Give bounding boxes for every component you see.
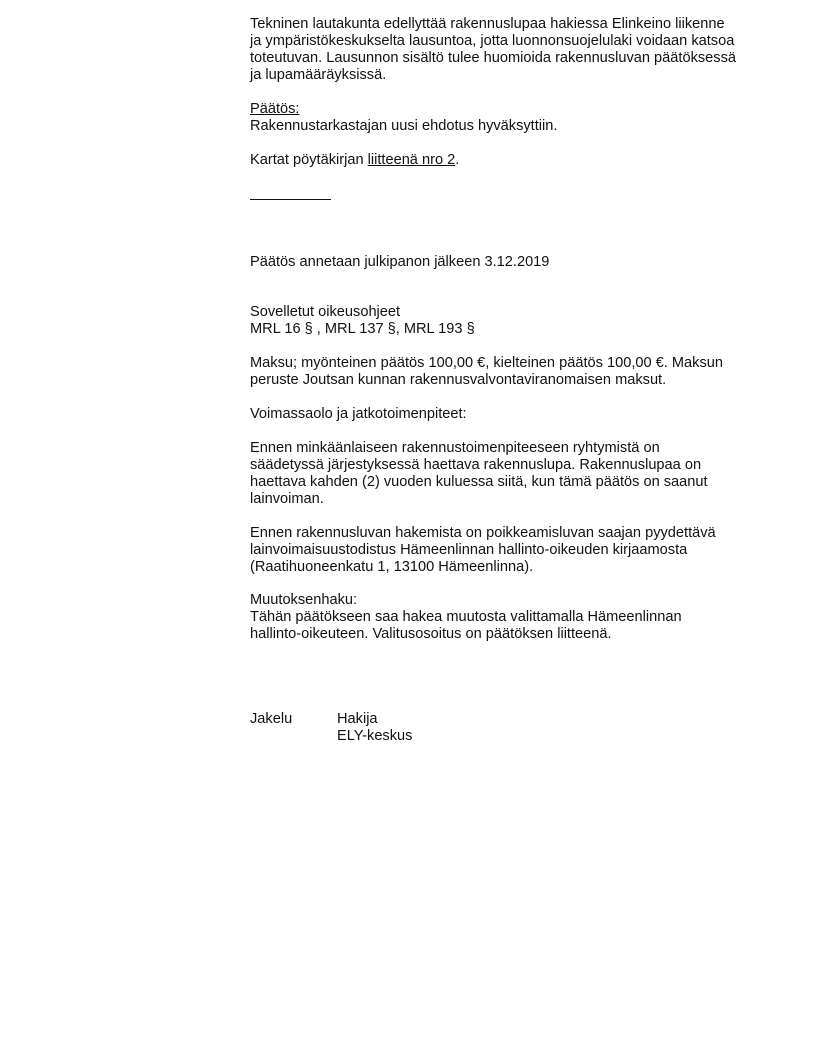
publication-text: Päätös annetaan julkipanon jälkeen 3.12.… (250, 254, 549, 271)
validity-heading-block: Voimassaolo ja jatkotoimenpiteet: (250, 406, 467, 423)
text-line: Ennen minkäänlaiseen rakennustoimenpitee… (250, 440, 708, 457)
appeal-heading: Muutoksenhaku: (250, 592, 682, 609)
text-line: toteutuvan. Lausunnon sisältö tulee huom… (250, 50, 736, 67)
distribution-recipients: Hakija ELY-keskus (337, 711, 412, 745)
text-line: ja lupamääräyksissä. (250, 67, 736, 84)
attachment-link[interactable]: liitteenä nro 2 (368, 152, 456, 168)
maps-suffix: . (455, 152, 459, 168)
text-line: säädetyssä järjestyksessä haettava raken… (250, 457, 708, 474)
decision-section: Päätös: Rakennustarkastajan uusi ehdotus… (250, 101, 557, 135)
recipient: ELY-keskus (337, 728, 412, 745)
text-line: ja ympäristökeskukselta lausuntoa, jotta… (250, 33, 736, 50)
text-line: Tähän päätökseen saa hakea muutosta vali… (250, 609, 682, 626)
maps-prefix: Kartat pöytäkirjan (250, 152, 368, 168)
text-line: Maksu; myönteinen päätös 100,00 €, kielt… (250, 355, 723, 372)
decision-text: Rakennustarkastajan uusi ehdotus hyväksy… (250, 118, 557, 135)
applied-rules-section: Sovelletut oikeusohjeet MRL 16 § , MRL 1… (250, 304, 475, 338)
text-line: Tekninen lautakunta edellyttää rakennusl… (250, 16, 736, 33)
validity-paragraph-2: Ennen rakennusluvan hakemista on poikkea… (250, 525, 716, 576)
validity-paragraph-1: Ennen minkäänlaiseen rakennustoimenpitee… (250, 440, 708, 508)
applied-rules-heading: Sovelletut oikeusohjeet (250, 304, 475, 321)
text-line: Ennen rakennusluvan hakemista on poikkea… (250, 525, 716, 542)
text-line: hallinto-oikeuteen. Valitusosoitus on pä… (250, 626, 682, 643)
text-line: peruste Joutsan kunnan rakennusvalvontav… (250, 372, 723, 389)
text-line: (Raatihuoneenkatu 1, 13100 Hämeenlinna). (250, 559, 716, 576)
applied-rules-text: MRL 16 § , MRL 137 §, MRL 193 § (250, 321, 475, 338)
maps-line: Kartat pöytäkirjan liitteenä nro 2. (250, 152, 459, 169)
appeal-section: Muutoksenhaku: Tähän päätökseen saa hake… (250, 592, 682, 643)
recipient: Hakija (337, 711, 412, 728)
text-line: haettava kahden (2) vuoden kuluessa siit… (250, 474, 708, 491)
intro-paragraph: Tekninen lautakunta edellyttää rakennusl… (250, 16, 736, 84)
text-line: lainvoimaisuustodistus Hämeenlinnan hall… (250, 542, 716, 559)
fee-section: Maksu; myönteinen päätös 100,00 €, kielt… (250, 355, 723, 389)
distribution-label: Jakelu (250, 711, 292, 728)
text-line: lainvoiman. (250, 491, 708, 508)
validity-heading: Voimassaolo ja jatkotoimenpiteet: (250, 406, 467, 423)
publication-line: Päätös annetaan julkipanon jälkeen 3.12.… (250, 254, 549, 271)
decision-heading: Päätös: (250, 101, 557, 118)
separator-line (250, 199, 331, 200)
